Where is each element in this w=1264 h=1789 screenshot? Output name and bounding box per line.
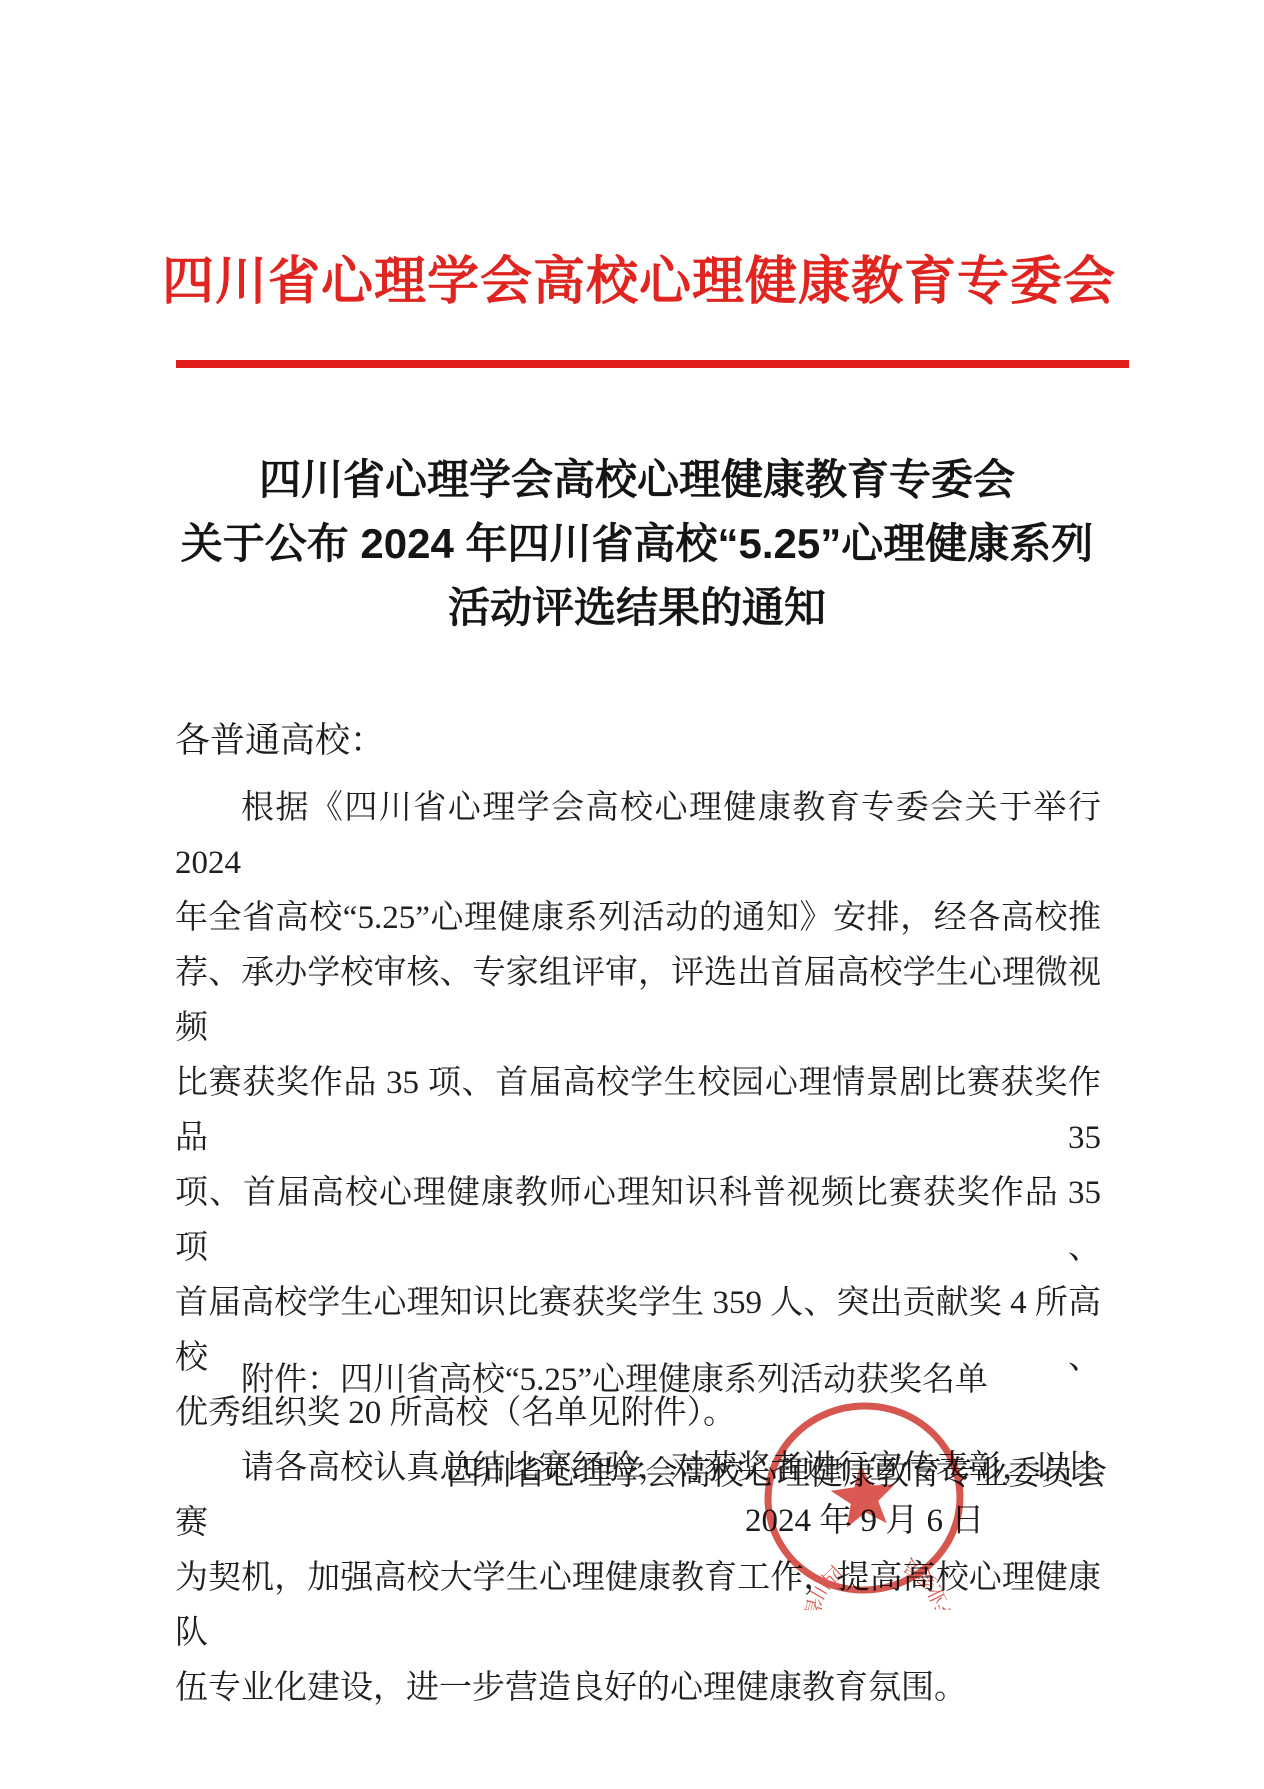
document-page: 四川省心理学会高校心理健康教育专委会 四川省心理学会高校心理健康教育专委会 关于… (0, 0, 1264, 1789)
body-line: 年全省高校“5.25”心理健康系列活动的通知》安排，经各高校推 (175, 891, 1101, 946)
body-line: 荐、承办学校审核、专家组评审，评选出首届高校学生心理微视频 (175, 946, 1101, 1056)
title-line-2: 关于公布 2024 年四川省高校“5.25”心理健康系列 (0, 512, 1264, 576)
title-line-1: 四川省心理学会高校心理健康教育专委会 (0, 448, 1264, 512)
body-line: 比赛获奖作品 35 项、首届高校学生校园心理情景剧比赛获奖作品 35 (175, 1056, 1101, 1166)
title-line-3: 活动评选结果的通知 (0, 576, 1264, 640)
letterhead-title: 四川省心理学会高校心理健康教育专委会 (0, 252, 1264, 312)
salutation: 各普通高校： (175, 720, 385, 762)
document-title: 四川省心理学会高校心理健康教育专委会 关于公布 2024 年四川省高校“5.25… (0, 448, 1264, 640)
body-line: 项、首届高校心理健康教师心理知识科普视频比赛获奖作品 35 项、 (175, 1166, 1101, 1276)
letterhead-divider (176, 360, 1129, 368)
body-line: 伍专业化建设，进一步营造良好的心理健康教育氛围。 (175, 1661, 1101, 1716)
five-pointed-star-icon (828, 1461, 899, 1529)
body-line: 根据《四川省心理学会高校心理健康教育专委会关于举行 2024 (175, 781, 1101, 891)
official-seal-stamp: 四川省心理学会高校心理健康教育专业委员会 (752, 1386, 976, 1610)
